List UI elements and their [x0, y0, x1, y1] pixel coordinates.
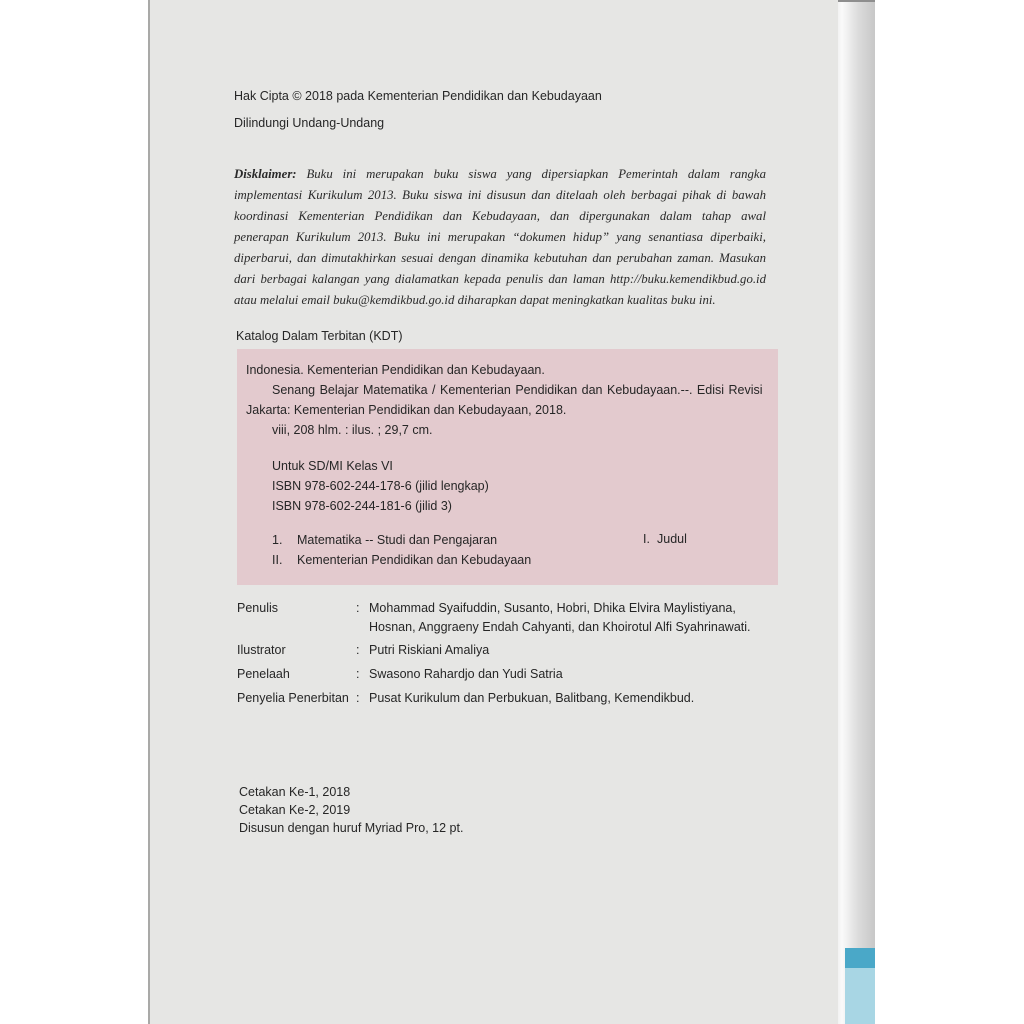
credit-illustrator: Putri Riskiani Amaliya [369, 643, 489, 657]
catalog-subject: Kementerian Pendidikan dan Kebudayaan [297, 553, 531, 567]
catalog-isbn-full-set: ISBN 978-602-244-178-6 (jilid lengkap) [272, 479, 489, 493]
catalog-title-heading: Judul [657, 532, 687, 546]
catalog-subject: Matematika -- Studi dan Pengajaran [297, 533, 497, 547]
credit-publishing-supervisor: Pusat Kurikulum dan Perbukuan, Balitbang… [369, 691, 694, 705]
credit-colon: : [356, 691, 359, 705]
catalog-title-heading-number: I. [643, 532, 650, 546]
catalog-record-box: Indonesia. Kementerian Pendidikan dan Ke… [237, 349, 778, 585]
disclaimer-paragraph: Disklaimer: Buku ini merupakan buku sisw… [234, 164, 766, 311]
credit-role-writer: Penulis [237, 601, 278, 615]
credit-colon: : [356, 601, 359, 615]
printing-first: Cetakan Ke-1, 2018 [239, 785, 350, 799]
catalog-heading: Katalog Dalam Terbitan (KDT) [236, 329, 403, 343]
disclaimer-label: Disklaimer: [234, 167, 297, 181]
credit-role-illustrator: Ilustrator [237, 643, 286, 657]
catalog-physical-description: viii, 208 hlm. : ilus. ; 29,7 cm. [272, 423, 432, 437]
catalog-subject-number: 1. [272, 533, 282, 547]
next-page-light-band [845, 968, 875, 1024]
credit-role-publishing-supervisor: Penyelia Penerbitan [237, 691, 349, 705]
disclaimer-line: atau melalui email buku@kemdikbud.go.id … [234, 290, 766, 311]
disclaimer-line: penerapan Kurikulum 2013. Buku ini merup… [234, 227, 766, 248]
copyright-notice: Hak Cipta © 2018 pada Kementerian Pendid… [234, 89, 602, 103]
credit-colon: : [356, 643, 359, 657]
credit-role-reviewer: Penelaah [237, 667, 290, 681]
catalog-subject-number: II. [272, 553, 282, 567]
typeface-note: Disusun dengan huruf Myriad Pro, 12 pt. [239, 821, 463, 835]
credit-colon: : [356, 667, 359, 681]
next-page-blue-band [845, 948, 875, 968]
page-gutter-shadow [838, 0, 875, 1024]
gutter-edge [838, 0, 875, 2]
credit-writers-line1: Mohammad Syaifuddin, Susanto, Hobri, Dhi… [369, 601, 736, 615]
disclaimer-line: dari berbagai kalangan yang dialamatkan … [234, 269, 766, 290]
credit-writers-line2: Hosnan, Anggraeny Endah Cahyanti, dan Kh… [369, 620, 751, 634]
catalog-title-entry: Senang Belajar Matematika / Kementerian … [272, 383, 763, 397]
catalog-audience: Untuk SD/MI Kelas VI [272, 459, 393, 473]
legal-protection-notice: Dilindungi Undang-Undang [234, 116, 384, 130]
credit-reviewers: Swasono Rahardjo dan Yudi Satria [369, 667, 563, 681]
disclaimer-line: diperbarui, dan dimutakhirkan sesuai den… [234, 248, 766, 269]
printing-second: Cetakan Ke-2, 2019 [239, 803, 350, 817]
disclaimer-line: Buku ini merupakan buku siswa yang diper… [297, 167, 766, 181]
disclaimer-line: implementasi Kurikulum 2013. Buku siswa … [234, 185, 766, 206]
disclaimer-line: koordinasi Kementerian Pendidikan dan Ke… [234, 206, 766, 227]
catalog-isbn-volume: ISBN 978-602-244-181-6 (jilid 3) [272, 499, 452, 513]
catalog-author-entry: Indonesia. Kementerian Pendidikan dan Ke… [246, 363, 545, 377]
catalog-publication: Jakarta: Kementerian Pendidikan dan Kebu… [246, 403, 566, 417]
